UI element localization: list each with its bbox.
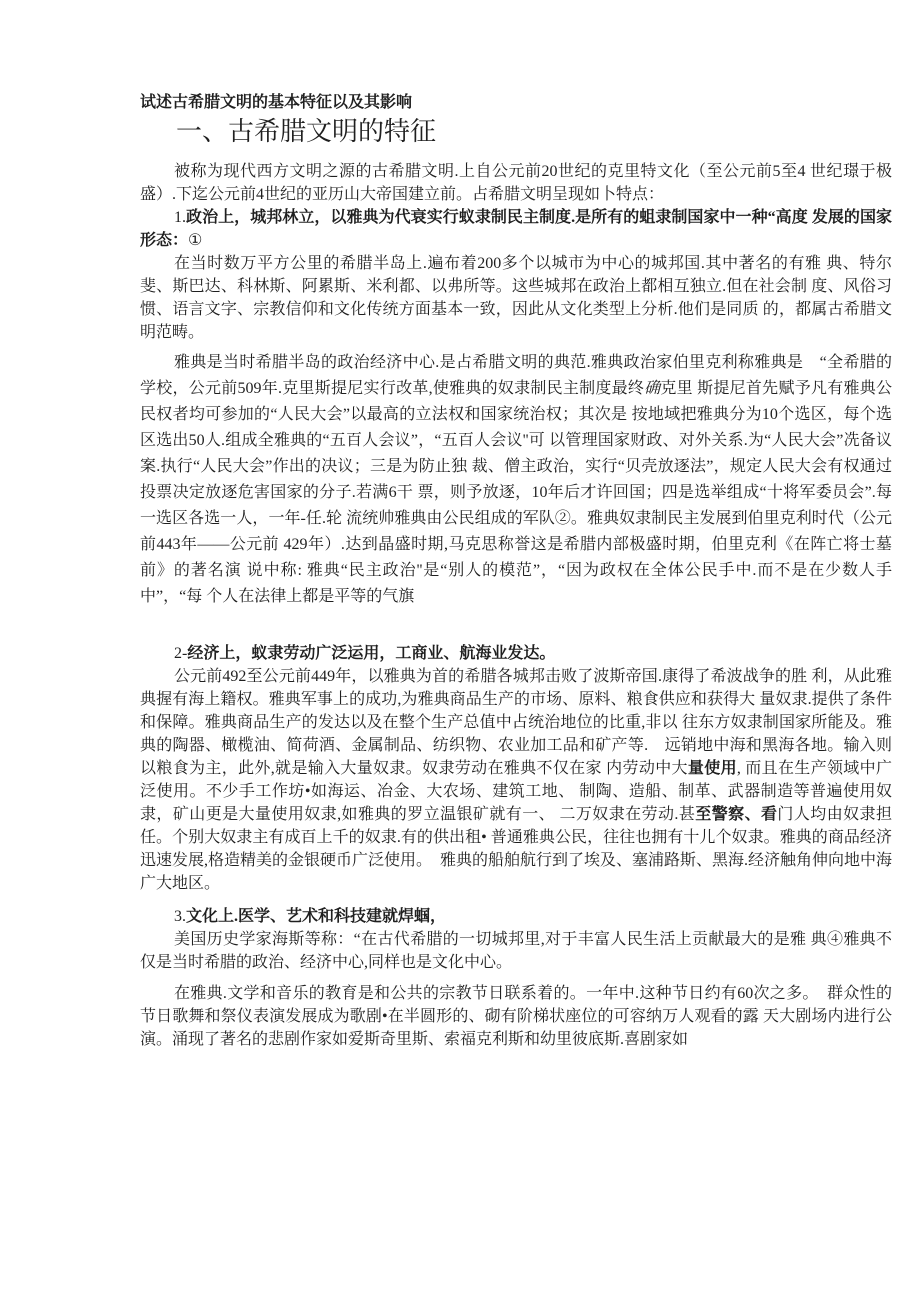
text-run: 经济上，蚁隶劳动广泛运用，工商业、航海业发达。 [187, 645, 555, 662]
paragraph-city-states: 在当时数万平方公里的希腊半岛上.遍布着200多个以城市为中心的城邦国.其中著名的… [140, 252, 892, 344]
paragraph-point2-economy: 2-经济上，蚁隶劳动广泛运用，工商业、航海业发达。 [140, 642, 892, 665]
text-run: 3. [174, 908, 186, 925]
paragraph-point3-culture: 3.文化上.医学、艺术和科技建就焊蝈， [140, 905, 892, 928]
doc-title: 试述古希腊文明的基本特征以及其影响 [140, 92, 892, 114]
paragraph-point1-politics: 1.政治上，城邦林立，以雅典为代衰实行蚁隶制民主制度.是所有的蛆隶制国家中一种“… [140, 206, 892, 252]
chapter-heading: 一、古希腊文明的特征 [140, 116, 892, 148]
text-run: 文化上.医学、艺术和科技建就焊蝈， [186, 908, 446, 925]
text-run: 政治上，城邦林立，以雅典为代衰实行蚁隶制民主制度.是所有的蛆隶制国家中一种“高度… [140, 209, 892, 249]
paragraph-economy-detail: 公元前492至公元前449年，以雅典为首的希腊各城邦击败了波斯帝国.康得了希波战… [140, 665, 892, 895]
document-body: 试述古希腊文明的基本特征以及其影响一、古希腊文明的特征被称为现代西方文明之源的古… [140, 92, 892, 1051]
paragraph-athens-democracy: 雅典是当时希腊半岛的政治经济中心.是占希腊文明的典范.雅典政治家伯里克利称雅典是… [140, 350, 892, 610]
text-run: 试述古希腊文明的基本特征以及其影响 [140, 94, 412, 111]
text-run: 在雅典.文学和音乐的教育是和公共的宗教节日联系着的。一年中.这种节日约有60次之… [140, 985, 892, 1048]
paragraph-culture-quote: 美国历史学家海斯等称：“在古代希腊的一切城邦里,对于丰富人民生活上贡献最大的是雅… [140, 928, 892, 974]
document-page: 试述古希腊文明的基本特征以及其影响一、古希腊文明的特征被称为现代西方文明之源的古… [0, 0, 920, 1302]
text-run: 2- [174, 645, 187, 662]
text-run: 被称为现代西方文明之源的古希腊文明.上自公元前20世纪的克里特文化（至公元前5至… [140, 163, 892, 203]
paragraph-culture-festivals: 在雅典.文学和音乐的教育是和公共的宗教节日联系着的。一年中.这种节日约有60次之… [140, 982, 892, 1051]
text-run: 在当时数万平方公里的希腊半岛上.遍布着200多个以城市为中心的城邦国.其中著名的… [140, 255, 892, 341]
text-run: 一、古希腊文明的特征 [176, 117, 436, 146]
text-run: 量使用 [688, 760, 737, 777]
text-run: 1. [174, 209, 186, 226]
text-run: 美国历史学家海斯等称：“在古代希腊的一切城邦里,对于丰富人民生活上贡献最大的是雅… [140, 931, 892, 971]
text-run: ① [188, 232, 202, 249]
paragraph-intro: 被称为现代西方文明之源的古希腊文明.上自公元前20世纪的克里特文化（至公元前5至… [140, 160, 892, 206]
text-run: 至警察、看 [695, 806, 777, 823]
text-run: 克里 斯提尼首先赋予凡有雅典公民权者均可参加的“人民大会”以最高的立法权和国家统… [140, 380, 892, 605]
text-run: 确 [644, 380, 660, 397]
